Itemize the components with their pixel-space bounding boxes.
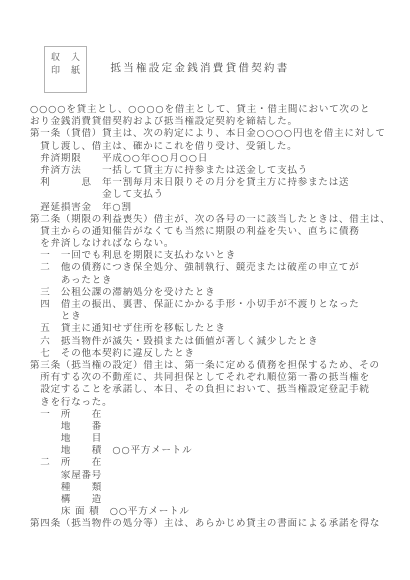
document-line: 地 目	[30, 433, 406, 445]
document-line: 遅延損害金 年○割	[30, 202, 406, 214]
document-line: おり金銭消費貸借契約および抵当権設定契約を締結した。	[30, 116, 406, 128]
document-line: 地 積 ○○平方メートル	[30, 445, 406, 457]
document-line: 家屋番号	[30, 470, 406, 482]
document-line: 六 抵当物件が滅失・毀損または価値が著しく減少したとき	[30, 336, 406, 348]
document-line: 三 公租公課の滞納処分を受けたとき	[30, 287, 406, 299]
document-line: 種 類	[30, 482, 406, 494]
document-line: 第一条（貸借）貸主は、次の約定により、本日金○○○○円也を借主に対して	[30, 128, 406, 140]
document-line: 七 その他本契約に違反したとき	[30, 348, 406, 360]
document-line: 地 番	[30, 421, 406, 433]
document-body: ○○○○を貸主とし、○○○○を借主として、貸主・借主間において次のとおり金銭消費…	[30, 104, 406, 531]
document-line: ○○○○を貸主とし、○○○○を借主として、貸主・借主間において次のと	[30, 104, 406, 116]
document-line: 第四条（抵当物件の処分等）主は、あらかじめ貸主の書面による承諾を得な	[30, 518, 406, 530]
document-line: 第二条（期限の利益喪失）借主が、次の各号の一に該当したときは、借主は、	[30, 214, 406, 226]
document-line: とき	[30, 311, 406, 323]
document-line: 二 他の債務につき保全処分、強制執行、競売または破産の申立てが	[30, 262, 406, 274]
document-line: 貸主からの通知催告がなくても当然に期限の利益を失い、直ちに債務	[30, 226, 406, 238]
contract-document-page: 収 入 印 紙 抵当権設定金銭消費貸借契約書 ○○○○を貸主とし、○○○○を借主…	[0, 0, 410, 580]
document-line: 一 一回でも利息を期限に支払わないとき	[30, 250, 406, 262]
document-line: 貸し渡し、借主は、確かにこれを借り受け、受領した。	[30, 141, 406, 153]
document-line: 四 借主の振出、裏書、保証にかかる手形・小切手が不渡りとなった	[30, 299, 406, 311]
document-line: 第三条（抵当権の設定）借主は、第一条に定める債務を担保するため、その	[30, 360, 406, 372]
document-line: 一 所 在	[30, 409, 406, 421]
document-line: きを行なった。	[30, 397, 406, 409]
document-line: 五 貸主に通知せず住所を移転したとき	[30, 323, 406, 335]
document-line: 設定することを承諾し、本日、その負担において、抵当権設定登記手続	[30, 384, 406, 396]
document-line: あったとき	[30, 275, 406, 287]
document-line: を弁済しなければならない。	[30, 238, 406, 250]
document-line: 構 造	[30, 494, 406, 506]
document-line: 二 所 在	[30, 457, 406, 469]
document-line: 弁済期限 平成○○年○○月○○日	[30, 153, 406, 165]
document-line: 床 面 積 ○○平方メートル	[30, 506, 406, 518]
document-line: 利 息 年一割毎月末日限りその月分を貸主方に持参または送	[30, 177, 406, 189]
document-line: 金して支払う	[30, 189, 406, 201]
document-title: 抵当権設定金銭消費貸借契約書	[0, 60, 400, 75]
document-line: 所有する次の不動産に、共同担保としてそれぞれ順位第一番の抵当権を	[30, 372, 406, 384]
document-line: 弁済方法 一括して貸主方に持参または送金して支払う	[30, 165, 406, 177]
